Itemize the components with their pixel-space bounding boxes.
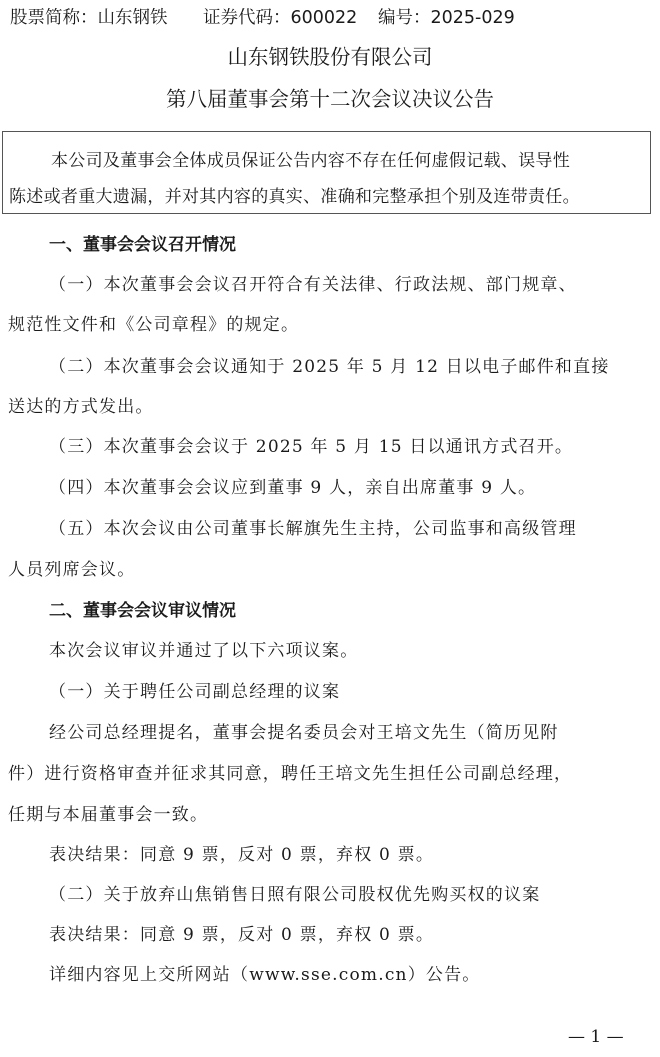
announcement-title: 第八届董事会第十二次会议决议公告: [0, 82, 660, 112]
section-1-item-1-line-2: 规范性文件和《公司章程》的规定。: [8, 310, 299, 335]
section-1-item-1-line-1: （一）本次董事会会议召开符合有关法律、行政法规、部门规章、: [49, 270, 577, 295]
document-number: 编号：2025-029: [378, 4, 515, 29]
section-1-item-2-line-2: 送达的方式发出。: [8, 392, 154, 417]
motion-1-body-line-3: 任期与本届董事会一致。: [8, 800, 208, 825]
motion-1-body-line-1: 经公司总经理提名，董事会提名委员会对王培文先生（简历见附: [49, 718, 559, 743]
section-2-heading: 二、董事会会议审议情况: [49, 596, 236, 621]
motion-1-vote-result: 表决结果：同意 9 票，反对 0 票，弃权 0 票。: [49, 840, 434, 865]
disclaimer-box: 本公司及董事会全体成员保证公告内容不存在任何虚假记载、误导性 陈述或者重大遗漏，…: [2, 131, 651, 214]
section-1-heading: 一、董事会会议召开情况: [49, 230, 236, 255]
motion-2-detail-link-text: 详细内容见上交所网站（www.sse.com.cn）公告。: [49, 960, 481, 985]
stock-code: 证券代码：600022: [203, 4, 357, 29]
disclaimer-line-2: 陈述或者重大遗漏，并对其内容的真实、准确和完整承担个别及连带责任。: [9, 182, 580, 207]
disclaimer-line-1: 本公司及董事会全体成员保证公告内容不存在任何虚假记载、误导性: [51, 146, 570, 171]
company-name-title: 山东钢铁股份有限公司: [0, 40, 660, 70]
stock-short-name: 股票简称：山东钢铁: [10, 4, 168, 29]
document-header: 股票简称：山东钢铁 证券代码：600022 编号：2025-029: [10, 4, 650, 28]
section-1-item-5-line-1: （五）本次会议由公司董事长解旗先生主持，公司监事和高级管理: [49, 514, 577, 539]
motion-2-title: （二）关于放弃山焦销售日照有限公司股权优先购买权的议案: [49, 880, 540, 905]
section-1-item-2-line-1: （二）本次董事会会议通知于 2025 年 5 月 12 日以电子邮件和直接: [49, 352, 610, 377]
section-1-item-3: （三）本次董事会会议于 2025 年 5 月 15 日以通讯方式召开。: [49, 432, 573, 457]
section-1-item-5-line-2: 人员列席会议。: [8, 555, 135, 580]
motion-2-vote-result: 表决结果：同意 9 票，反对 0 票，弃权 0 票。: [49, 920, 434, 945]
motion-1-body-line-2: 件）进行资格审查并征求其同意，聘任王培文先生担任公司副总经理，: [8, 759, 572, 784]
motion-1-title: （一）关于聘任公司副总经理的议案: [49, 677, 340, 702]
page-number: — 1 —: [568, 1027, 624, 1047]
section-1-item-4: （四）本次董事会会议应到董事 9 人，亲自出席董事 9 人。: [49, 473, 536, 498]
section-2-intro: 本次会议审议并通过了以下六项议案。: [49, 636, 358, 661]
